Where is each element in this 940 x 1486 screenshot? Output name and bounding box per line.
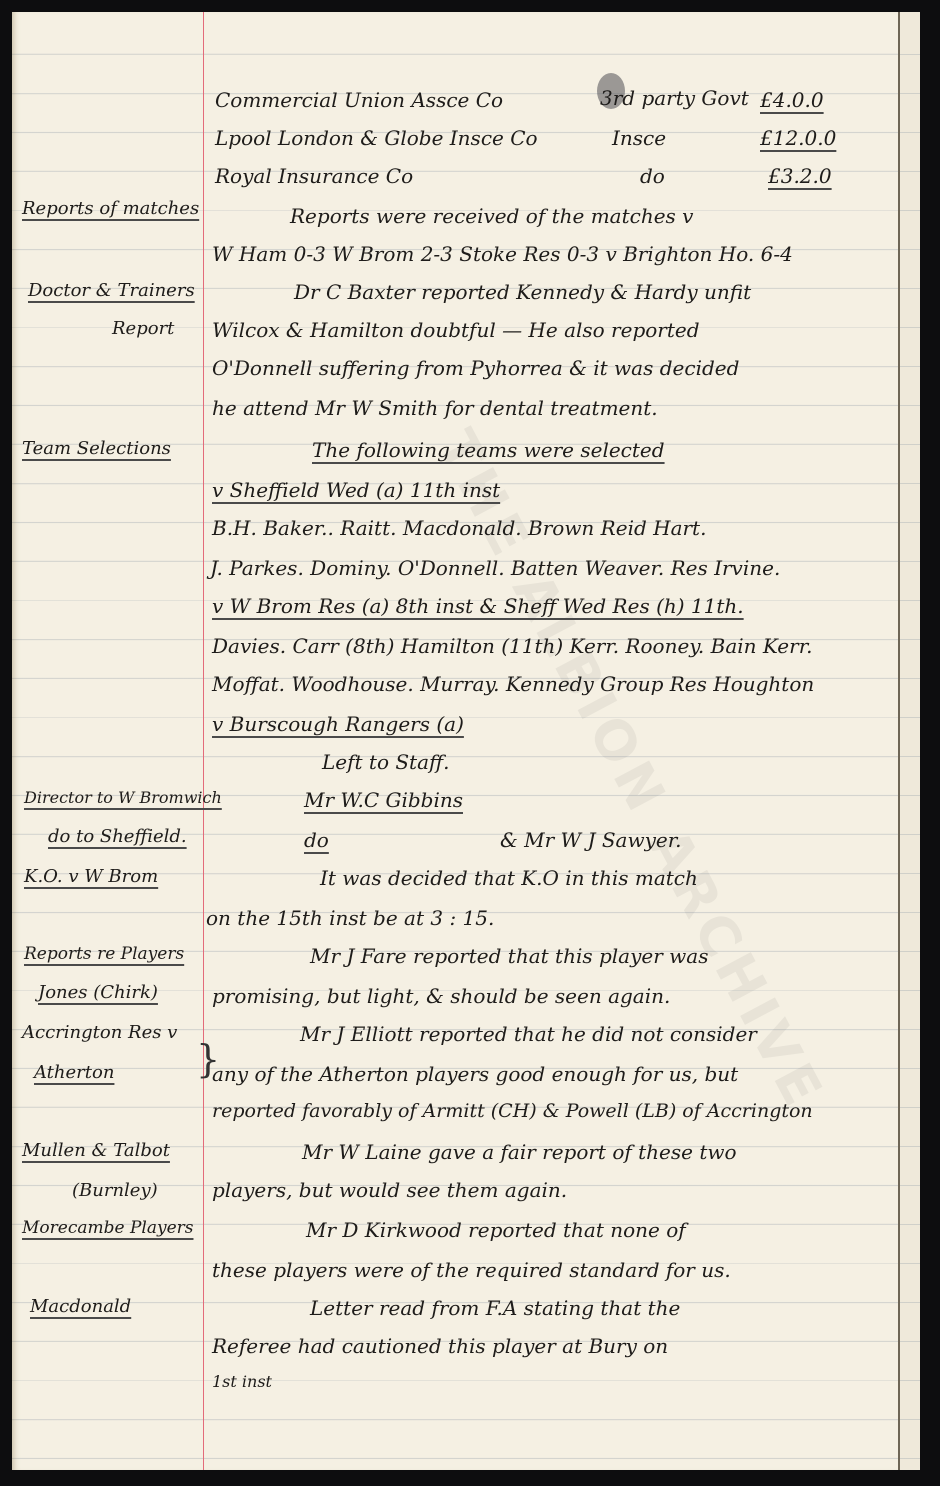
minutes-line: he attend Mr W Smith for dental treatmen…	[212, 398, 658, 418]
margin-heading-report: Report	[112, 320, 174, 338]
margin-heading-ko-wbrom: K.O. v W Brom	[24, 868, 158, 886]
minutes-line: Left to Staff.	[322, 752, 450, 772]
team-list: J. Parkes. Dominy. O'Donnell. Batten Wea…	[210, 558, 780, 578]
minutes-line: Mr W Laine gave a fair report of these t…	[302, 1142, 737, 1162]
margin-rule	[203, 12, 204, 1470]
insurance-company: Lpool London & Globe Insce Co	[215, 128, 538, 148]
insurance-amount: £3.2.0	[768, 166, 832, 186]
margin-heading-mullen-talbot: Mullen & Talbot	[22, 1142, 170, 1160]
team-list: Moffat. Woodhouse. Murray. Kennedy Group…	[212, 674, 814, 694]
fixture-heading: v Burscough Rangers (a)	[212, 714, 464, 734]
margin-heading-macdonald: Macdonald	[30, 1298, 131, 1316]
minutes-line: players, but would see them again.	[212, 1180, 567, 1200]
margin-heading-do-sheffield: do to Sheffield.	[48, 828, 187, 846]
minutes-line: Dr C Baxter reported Kennedy & Hardy unf…	[294, 282, 751, 302]
minutes-line: O'Donnell suffering from Pyhorrea & it w…	[212, 358, 739, 378]
team-list: B.H. Baker.. Raitt. Macdonald. Brown Rei…	[212, 518, 706, 538]
insurance-amount: £12.0.0	[760, 128, 836, 148]
minutes-line: & Mr W J Sawyer.	[500, 830, 681, 850]
insurance-amount: £4.0.0	[760, 90, 824, 110]
insurance-company: Commercial Union Assce Co	[215, 90, 503, 110]
margin-heading-director-wbrom: Director to W Bromwich	[24, 790, 222, 806]
margin-heading-doctor-trainers: Doctor & Trainers	[28, 282, 195, 300]
minutes-line: any of the Atherton players good enough …	[212, 1064, 738, 1084]
minutes-line: Letter read from F.A stating that the	[310, 1298, 680, 1318]
margin-heading-burnley: (Burnley)	[72, 1182, 158, 1200]
minutes-line: Mr J Elliott reported that he did not co…	[300, 1024, 757, 1044]
minutes-line: promising, but light, & should be seen a…	[212, 986, 670, 1006]
minutes-line: Reports were received of the matches v	[290, 206, 693, 226]
margin-heading-atherton: Atherton	[34, 1064, 114, 1082]
minutes-line: It was decided that K.O in this match	[320, 868, 698, 888]
minutes-line: The following teams were selected	[312, 440, 665, 460]
margin-heading-accrington-res: Accrington Res v	[22, 1024, 177, 1042]
margin-heading-team-selections: Team Selections	[22, 440, 171, 458]
minutes-line: Referee had cautioned this player at Bur…	[212, 1336, 668, 1356]
margin-heading-morecambe: Morecambe Players	[22, 1220, 193, 1237]
minutes-line: Mr D Kirkwood reported that none of	[306, 1220, 686, 1240]
minutes-line: W Ham 0-3 W Brom 2-3 Stoke Res 0-3 v Bri…	[212, 244, 793, 264]
insurance-company: Royal Insurance Co	[215, 166, 413, 186]
insurance-type: Insce	[612, 128, 666, 148]
ledger-page	[12, 12, 898, 1470]
minutes-line: 1st inst	[212, 1374, 272, 1390]
fixture-heading: v Sheffield Wed (a) 11th inst	[212, 480, 500, 500]
fixture-heading: v W Brom Res (a) 8th inst & Sheff Wed Re…	[212, 596, 744, 616]
minutes-line: do	[304, 830, 379, 850]
margin-heading-reports-of-matches: Reports of matches	[22, 200, 199, 218]
insurance-type: do	[640, 166, 665, 186]
minutes-line: these players were of the required stand…	[212, 1260, 731, 1280]
next-page-edge	[898, 12, 920, 1470]
margin-heading-reports-players: Reports re Players	[24, 946, 184, 963]
minutes-line: Wilcox & Hamilton doubtful — He also rep…	[212, 320, 700, 340]
minutes-line: Mr W.C Gibbins	[304, 790, 463, 810]
minutes-line: reported favorably of Armitt (CH) & Powe…	[212, 1102, 813, 1121]
team-list: Davies. Carr (8th) Hamilton (11th) Kerr.…	[212, 636, 812, 656]
minutes-line: on the 15th inst be at 3 : 15.	[206, 908, 494, 928]
minutes-line: Mr J Fare reported that this player was	[310, 946, 708, 966]
margin-heading-jones-chirk: Jones (Chirk)	[38, 984, 158, 1002]
insurance-type: 3rd party Govt	[600, 88, 749, 108]
